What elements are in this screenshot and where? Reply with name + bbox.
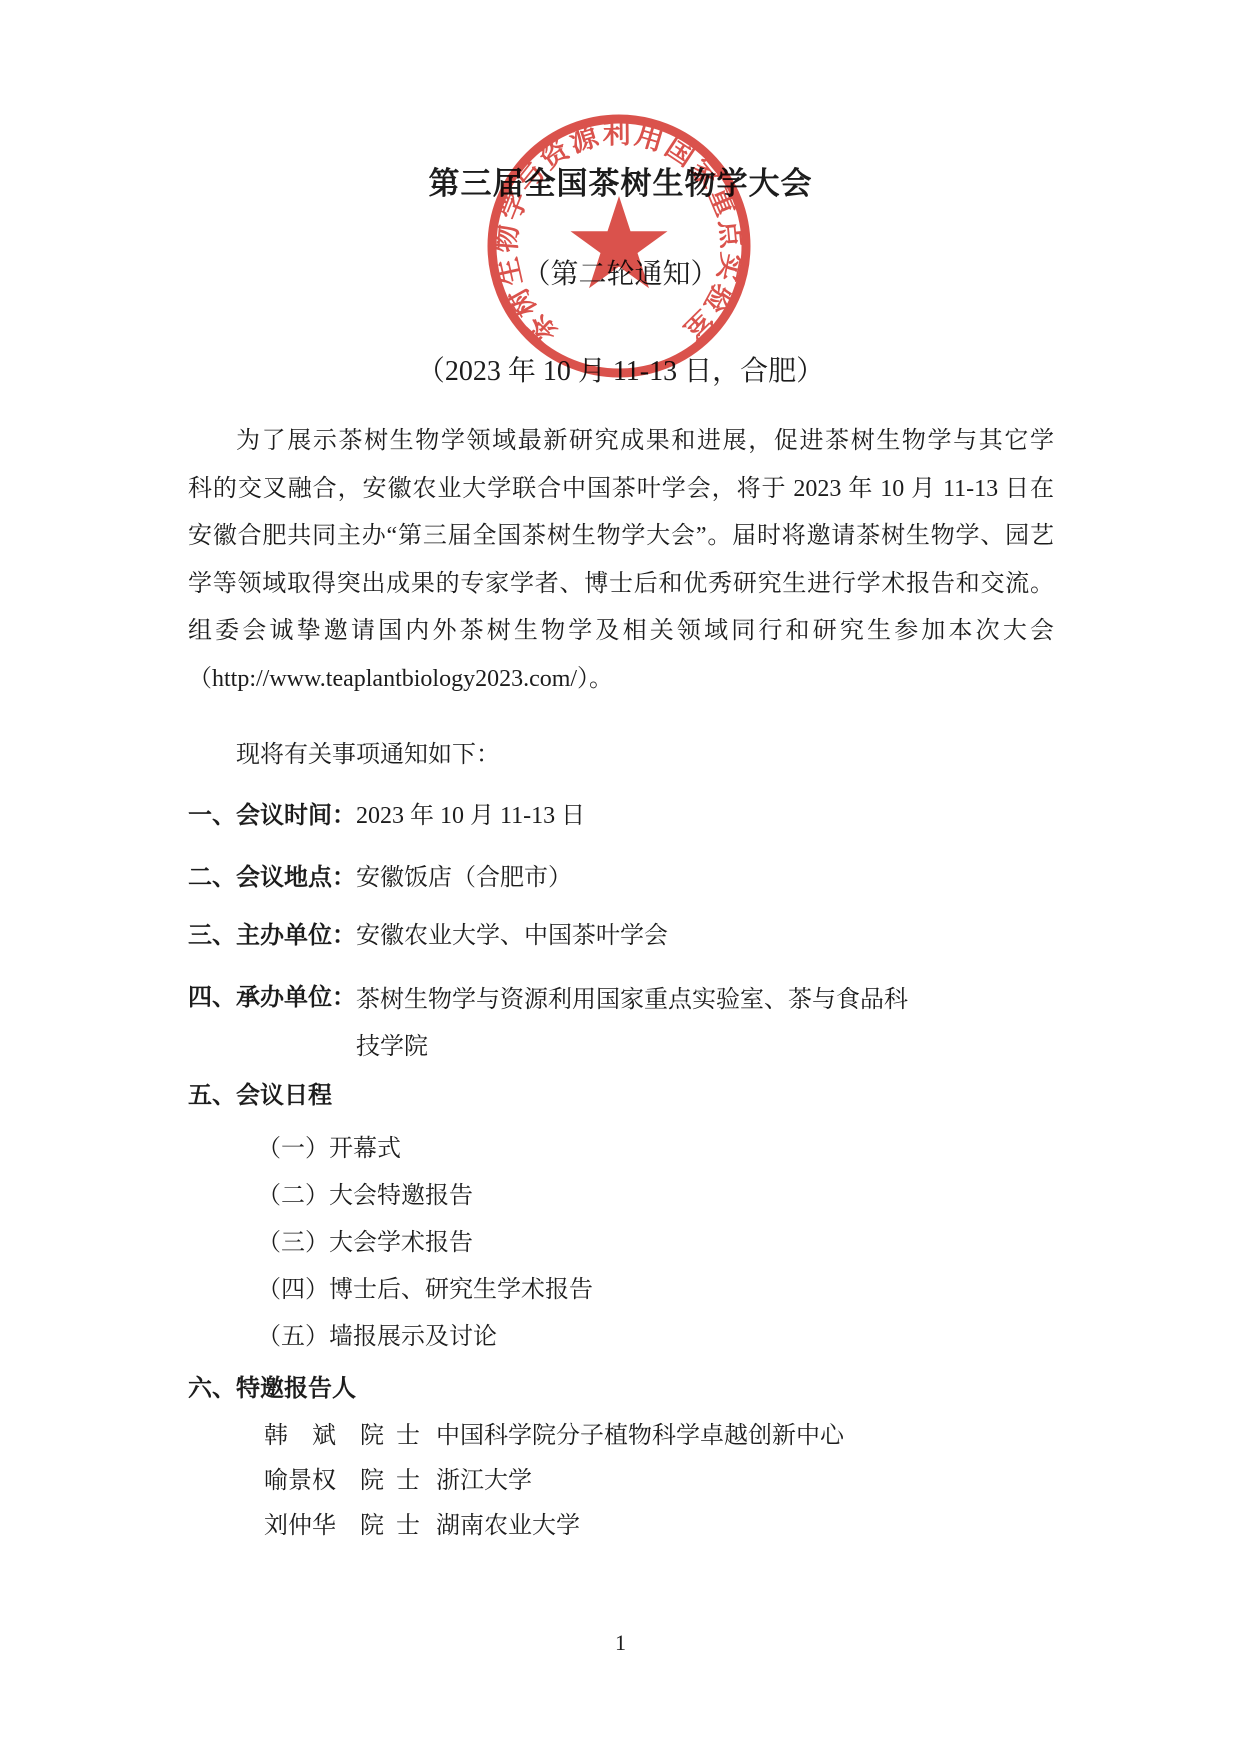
section-label: 四、承办单位：: [188, 977, 356, 1012]
speaker-name: 喻景权: [264, 1460, 360, 1495]
section-label: 二、会议地点：: [188, 865, 356, 891]
section-agenda-heading: 五、会议日程: [188, 1075, 332, 1110]
section-content-line: 茶树生物学与资源利用国家重点实验室、茶与食品科: [356, 977, 908, 1024]
speaker-affiliation: 湖南农业大学: [436, 1505, 580, 1540]
speaker-row: 喻景权 院 士 浙江大学: [264, 1460, 532, 1495]
official-seal-stamp: 茶树生物学与资源利用国家重点实验室: [479, 106, 759, 386]
intro-line: 组委会诚挚邀请国内外茶树生物学及相关领域同行和研究生参加本次大会: [188, 608, 1054, 656]
page-number: 1: [0, 1630, 1241, 1656]
intro-line: 学等领域取得突出成果的专家学者、博士后和优秀研究生进行学术报告和交流。: [188, 561, 1054, 609]
speaker-row: 刘仲华 院 士 湖南农业大学: [264, 1505, 580, 1540]
seal-svg: 茶树生物学与资源利用国家重点实验室: [479, 106, 759, 386]
page-title: 第三届全国茶树生物学大会: [0, 158, 1241, 203]
section-meeting-time: 一、会议时间：2023 年 10 月 11-13 日: [188, 795, 585, 830]
section-speakers-heading: 六、特邀报告人: [188, 1368, 356, 1403]
section-undertaker: 四、承办单位： 茶树生物学与资源利用国家重点实验室、茶与食品科 技学院: [188, 977, 908, 1071]
section-meeting-place: 二、会议地点：安徽饭店（合肥市）: [188, 857, 572, 892]
intro-line-url: （http://www.teaplantbiology2023.com/）。: [188, 656, 1054, 704]
speaker-row: 韩 斌 院 士 中国科学院分子植物科学卓越创新中心: [264, 1415, 844, 1450]
intro-line: 为了展示茶树生物学领域最新研究成果和进展，促进茶树生物学与其它学: [188, 418, 1054, 466]
agenda-item: （一）开幕式: [257, 1128, 401, 1163]
section-content: 2023 年 10 月 11-13 日: [356, 803, 585, 829]
subtitle-notice-round: （第二轮通知）: [0, 252, 1241, 292]
notice-lead-line: 现将有关事项通知如下：: [236, 734, 500, 769]
speaker-title: 院 士: [360, 1460, 436, 1495]
section-label: 一、会议时间：: [188, 803, 356, 829]
section-host-organizer: 三、主办单位：安徽农业大学、中国茶叶学会: [188, 915, 668, 950]
section-label: 五、会议日程: [188, 1083, 332, 1109]
section-content-line: 技学院: [356, 1024, 908, 1071]
speaker-name: 刘仲华: [264, 1505, 360, 1540]
section-label: 三、主办单位：: [188, 923, 356, 949]
agenda-item: （五）墙报展示及讨论: [257, 1316, 497, 1351]
intro-line: 安徽合肥共同主办“第三届全国茶树生物学大会”。届时将邀请茶树生物学、园艺: [188, 513, 1054, 561]
speaker-name: 韩 斌: [264, 1415, 360, 1450]
seal-text: 茶树生物学与资源利用国家重点实验室: [490, 117, 748, 350]
speaker-affiliation: 浙江大学: [436, 1460, 532, 1495]
section-content: 安徽饭店（合肥市）: [356, 865, 572, 891]
section-content: 安徽农业大学、中国茶叶学会: [356, 923, 668, 949]
intro-line: 科的交叉融合，安徽农业大学联合中国茶叶学会，将于 2023 年 10 月 11-…: [188, 466, 1054, 514]
agenda-item: （四）博士后、研究生学术报告: [257, 1269, 593, 1304]
section-label: 六、特邀报告人: [188, 1376, 356, 1402]
speaker-title: 院 士: [360, 1415, 436, 1450]
intro-paragraph: 为了展示茶树生物学领域最新研究成果和进展，促进茶树生物学与其它学 科的交叉融合，…: [188, 418, 1054, 704]
speaker-title: 院 士: [360, 1505, 436, 1540]
agenda-item: （三）大会学术报告: [257, 1222, 473, 1257]
date-location-line: （2023 年 10 月 11-13 日，合肥）: [0, 349, 1241, 389]
agenda-item: （二）大会特邀报告: [257, 1175, 473, 1210]
speaker-affiliation: 中国科学院分子植物科学卓越创新中心: [436, 1415, 844, 1450]
section-content: 茶树生物学与资源利用国家重点实验室、茶与食品科 技学院: [356, 977, 908, 1071]
document-page: 第三届全国茶树生物学大会 （第二轮通知） （2023 年 10 月 11-13 …: [0, 0, 1241, 1754]
